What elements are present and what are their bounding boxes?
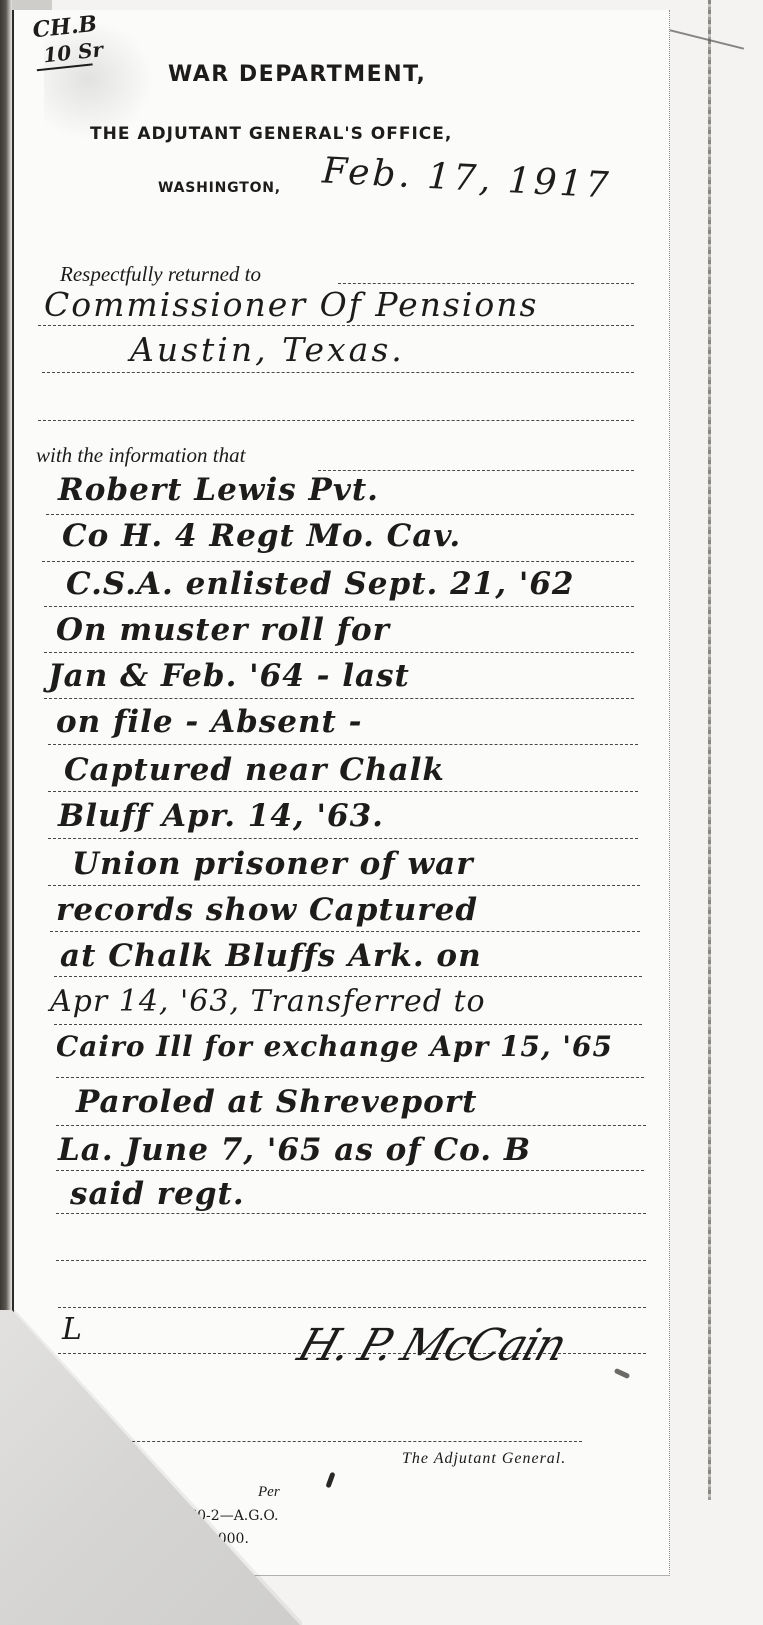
info-line-6: on file - Absent - [56,704,363,740]
returned-to-label: Respectfully returned to [60,262,261,287]
info-line-2: Co H. 4 Regt Mo. Cav. [62,518,461,554]
info-line-11: at Chalk Bluffs Ark. on [60,938,482,974]
dotted-line [58,1307,646,1308]
returned-to-line-1: Commissioner Of Pensions [44,285,538,324]
corner-note: CH.B 10 Sr [31,11,101,71]
initial-mark: L [62,1312,82,1347]
info-line-9: Union prisoner of war [72,846,474,882]
scan-right-stripe [708,0,711,1500]
dotted-line [42,561,634,562]
dotted-line [56,1260,646,1261]
info-line-8: Bluff Apr. 14, '63. [58,798,384,834]
info-line-15: La. June 7, '65 as of Co. B [58,1132,531,1168]
scan-mark [666,28,744,49]
info-line-5: Jan & Feb. '64 - last [48,658,410,694]
dotted-line [56,1170,644,1171]
signatory-title: The Adjutant General. [402,1450,566,1468]
returned-to-line-2: Austin, Texas. [130,330,405,369]
dotted-line [48,885,640,886]
dotted-line [338,283,634,284]
dotted-line [44,698,634,699]
info-line-7: Captured near Chalk [64,752,445,788]
office-heading: THE ADJUTANT GENERAL'S OFFICE, [90,124,452,144]
info-line-1: Robert Lewis Pvt. [58,472,379,508]
info-line-3: C.S.A. enlisted Sept. 21, '62 [66,566,574,602]
dotted-line [56,1125,646,1126]
dotted-line [50,931,640,932]
per-label: Per [258,1484,280,1501]
info-line-12: Apr 14, '63, Transferred to [50,984,486,1019]
dotted-line [56,1077,644,1078]
dotted-line [38,325,634,326]
info-line-14: Paroled at Shreveport [76,1084,477,1120]
dotted-line [44,652,634,653]
dotted-line [48,791,638,792]
dotted-line [56,1213,646,1214]
city-label: WASHINGTON, [158,180,281,196]
info-line-13: Cairo Ill for exchange Apr 15, '65 [56,1030,613,1063]
dotted-line [48,838,638,839]
dotted-line [48,744,638,745]
signature: H. P. McCain [292,1320,572,1371]
dotted-line [42,372,634,373]
dotted-line [54,976,642,977]
dotted-line [318,470,634,471]
dotted-line [46,514,634,515]
corner-note-line2: 10 Sr [34,38,93,72]
info-line-4: On muster roll for [56,612,390,648]
info-line-10: records show Captured [56,892,478,928]
signature-line [122,1441,582,1442]
information-label: with the information that [36,443,245,468]
dotted-line [38,420,634,421]
department-heading: WAR DEPARTMENT, [168,62,426,87]
dotted-line [44,606,634,607]
dotted-line [54,1024,642,1025]
info-line-16: said regt. [70,1176,245,1212]
